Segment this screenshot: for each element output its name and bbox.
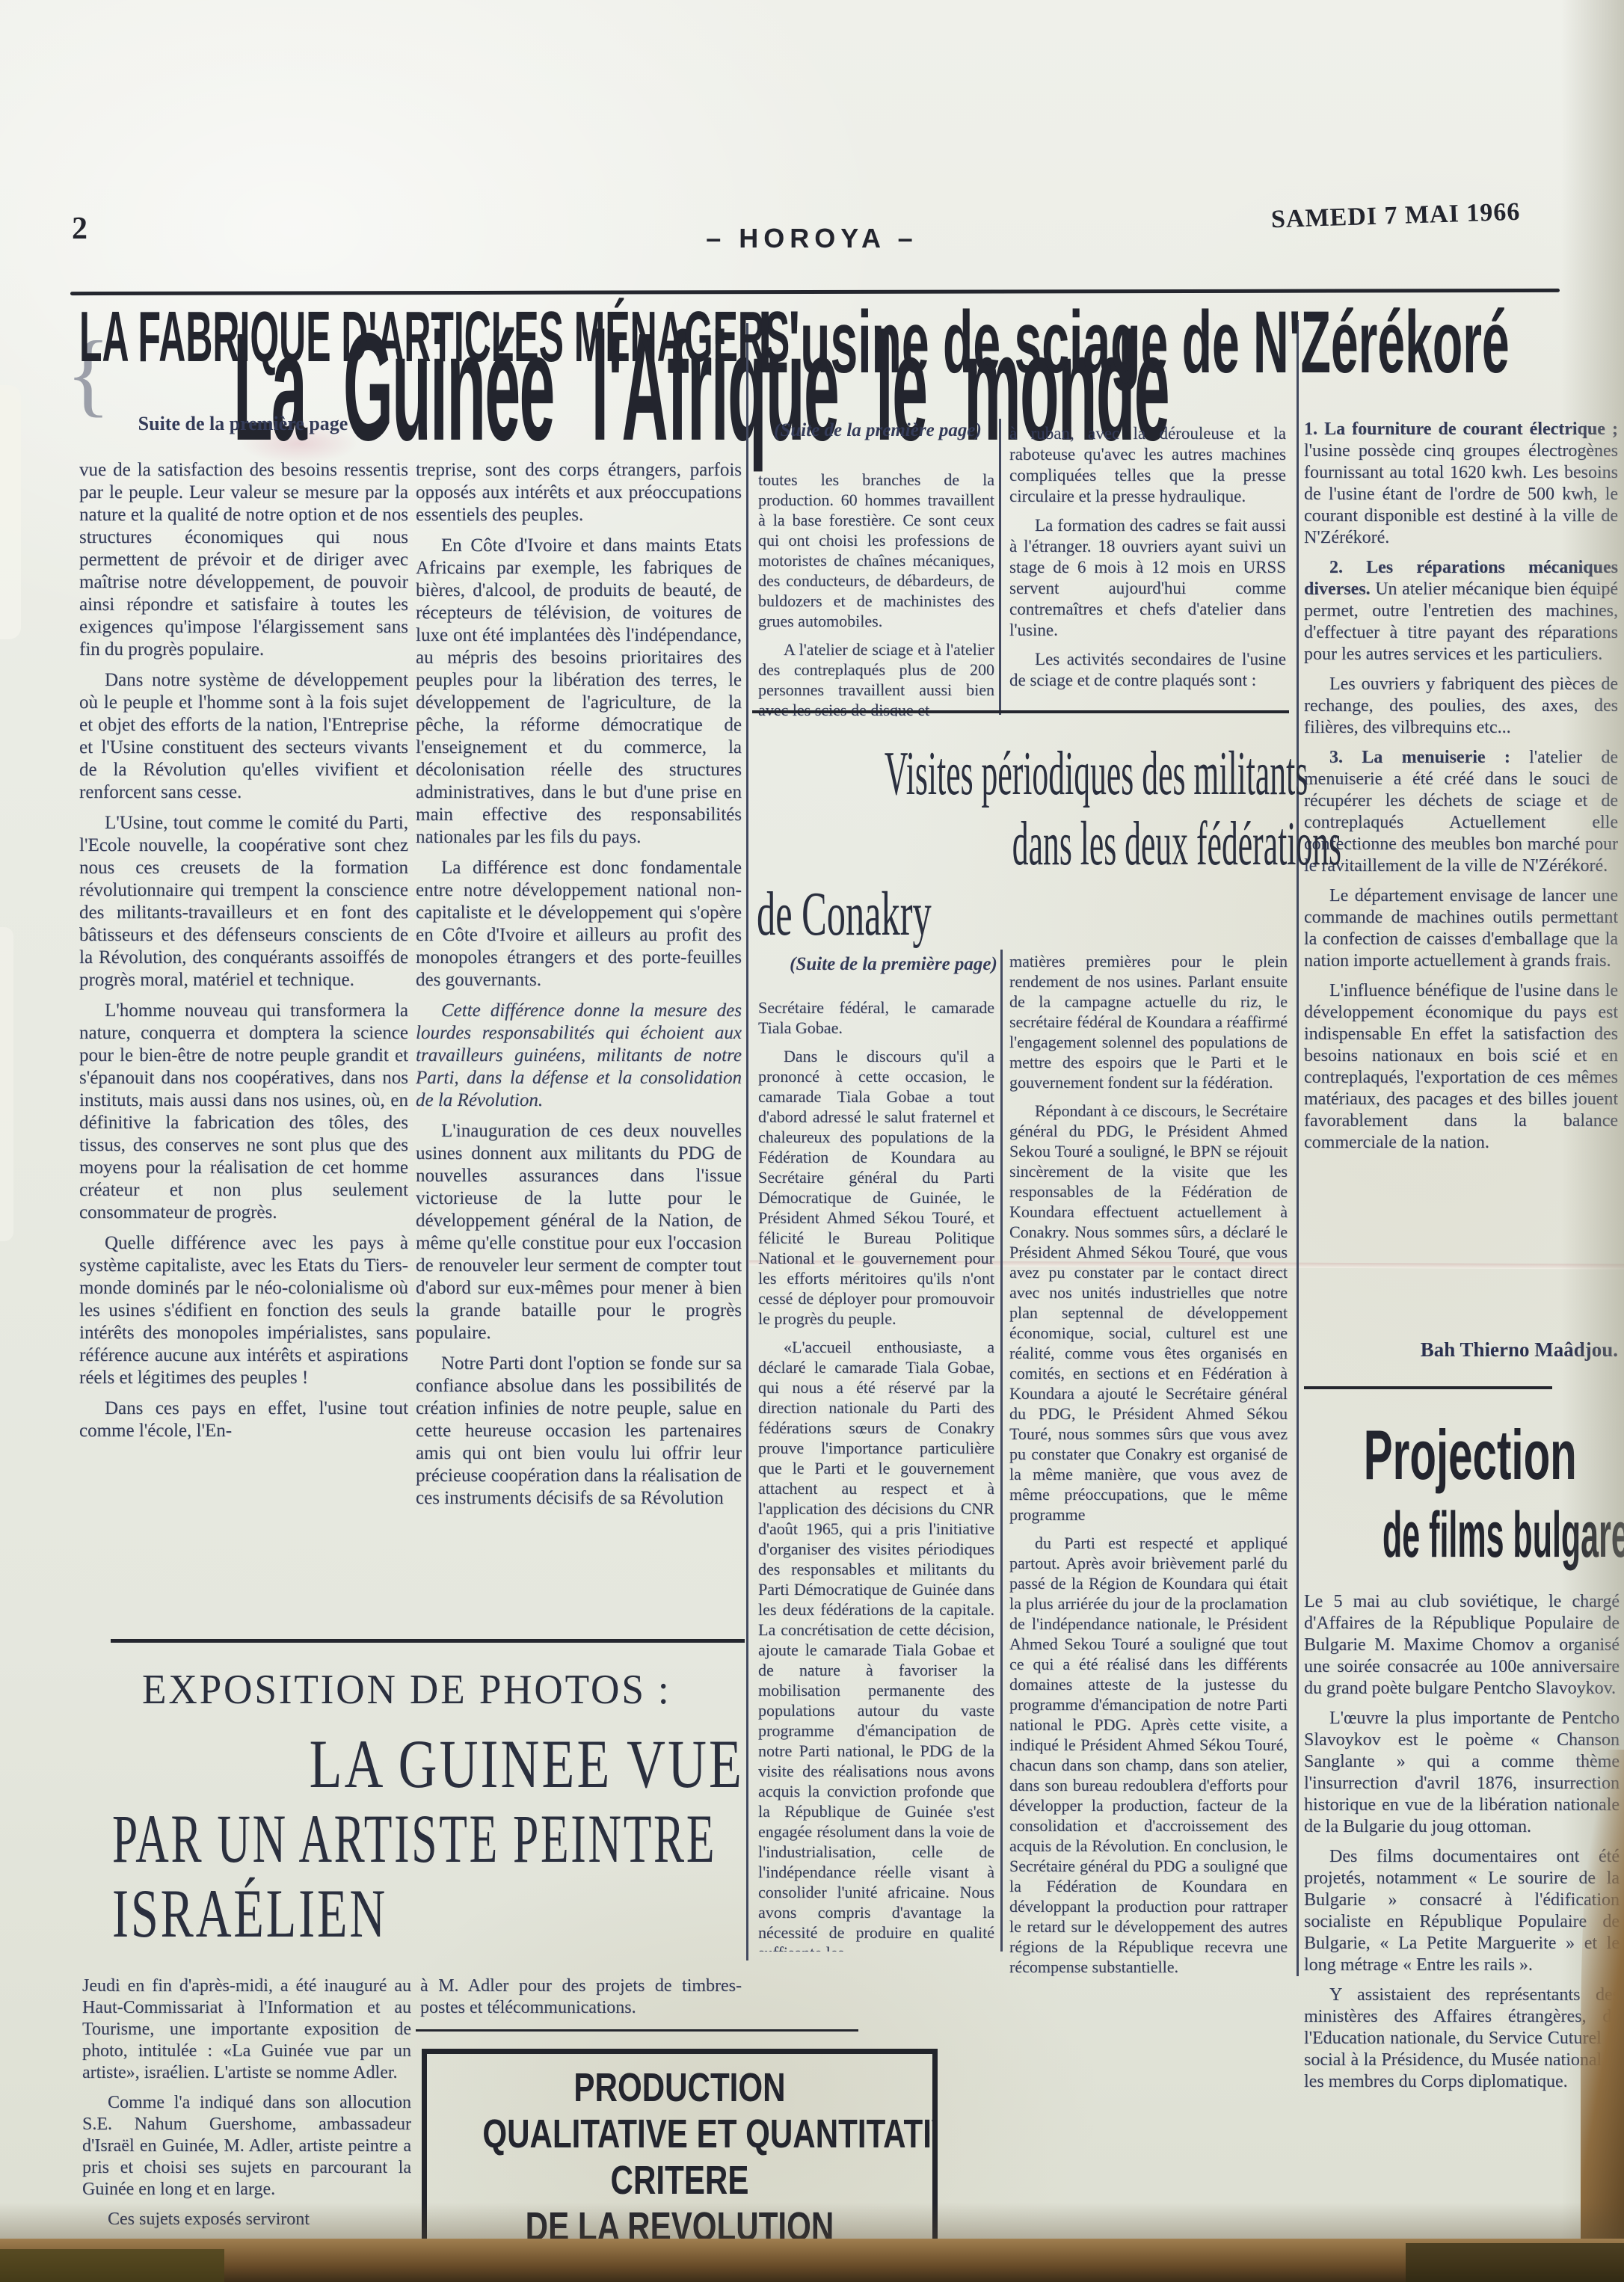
table-corner [0, 2249, 224, 2282]
article-title-line: Projection [1364, 1415, 1558, 1495]
masthead: – HOROYA – [648, 223, 976, 254]
article-subtitle: Suite de la première page [97, 413, 389, 435]
byline-rule [1304, 1386, 1552, 1389]
article-title-line: ISRAÉLIEN [112, 1874, 567, 1953]
paragraph: En Côte d'Ivoire et dans maints Etats Af… [416, 535, 742, 849]
article-title: L'usine de sciage de N'Zérékoré [758, 292, 1510, 393]
article-column: à ruban, avec la dérouleuse et la rabote… [1009, 423, 1286, 716]
column-rule [1000, 950, 1003, 1952]
slogan-line: QUALITATIVE ET QUANTITATIVE [482, 2111, 876, 2157]
article-subtitle: (Suite de la première page) [758, 420, 997, 441]
newspaper-page: 2 – HOROYA – SAMEDI 7 MAI 1966 { La Guin… [0, 0, 1624, 2282]
paragraph: Cette différence donne la mesure des lou… [416, 1000, 742, 1112]
paragraph: Les activités secondaires de l'usine de … [1009, 649, 1286, 691]
paragraph: L'inauguration de ces deux nouvelles usi… [416, 1120, 742, 1344]
section-rule [752, 710, 1289, 713]
article-title-line: PAR UN ARTISTE PEINTRE [112, 1799, 535, 1878]
article-column: matières premières pour le plein rendeme… [1009, 951, 1288, 2279]
paragraph: du Parti est respecté et appliqué partou… [1009, 1533, 1288, 1977]
table-corner [1406, 2243, 1624, 2282]
article-kicker: EXPOSITION DE PHOTOS : [142, 1666, 671, 1714]
slogan-line: PRODUCTION [482, 2064, 876, 2111]
article-column: vue de la satisfaction des besoins resse… [79, 459, 408, 1655]
column-rule [999, 419, 1001, 715]
section-rule [416, 2029, 858, 2032]
paragraph: Comme l'a indiqué dans son allocution S.… [82, 2092, 411, 2200]
paragraph: à ruban, avec la dérouleuse et la rabote… [1009, 423, 1286, 507]
article-column: treprise, sont des corps étrangers, parf… [416, 459, 742, 1734]
date-line: SAMEDI 7 MAI 1966 [1270, 198, 1520, 234]
table-edge [0, 2239, 1624, 2282]
paragraph: L'Usine, tout comme le comité du Parti, … [79, 812, 408, 991]
paragraph: «L'accueil enthousiaste, a déclaré le ca… [758, 1337, 994, 1952]
paragraph: L'homme nouveau qui transformera la natu… [79, 1000, 408, 1224]
article-column: Secrétaire fédéral, le camarade Tiala Go… [758, 997, 994, 1952]
paragraph-lead: 3. La menuiserie : [1329, 748, 1529, 767]
article-title-line: Visites périodiques des militants [885, 737, 1161, 810]
paragraph: Répondant à ce discours, le Secrétaire g… [1009, 1101, 1288, 1525]
paragraph: matières premières pour le plein rendeme… [1009, 951, 1288, 1092]
paragraph: Notre Parti dont l'option se fonde sur s… [416, 1353, 742, 1510]
paragraph: Dans notre système de développement où l… [79, 669, 408, 804]
page-number: 2 [72, 211, 87, 247]
paragraph: Jeudi en fin d'après-midi, a été inaugur… [82, 1975, 411, 2084]
paragraph: à M. Adler pour des projets de timbres-p… [420, 1975, 742, 2019]
paragraph: A l'atelier de sciage et à l'atelier des… [758, 639, 994, 716]
article-subtitle: (Suite de la première page) [770, 954, 1017, 975]
paragraph: Dans le discours qu'il a prononcé à cett… [758, 1046, 994, 1329]
paragraph: toutes les branches de la production. 60… [758, 470, 994, 631]
torn-edge [0, 927, 13, 1241]
column-rule [1297, 320, 1299, 1976]
article-title-line: de films bulgares [1382, 1498, 1540, 1572]
paragraph: treprise, sont des corps étrangers, parf… [416, 459, 742, 526]
article-title-line: LA GUINEE VUE [251, 1724, 744, 1803]
column-rule [746, 323, 748, 1960]
paragraph: La différence est donc fondamentale entr… [416, 857, 742, 991]
table-shadow [0, 2203, 1624, 2240]
slogan-line: CRITERE [482, 2157, 876, 2203]
article-title: LA FABRIQUE D'ARTICLES MÉNAGERS [79, 296, 790, 378]
paragraph: Dans ces pays en effet, l'usine tout com… [79, 1397, 408, 1442]
paragraph: vue de la satisfaction des besoins resse… [79, 459, 408, 661]
paragraph: Quelle différence avec les pays à systèm… [79, 1232, 408, 1389]
article-title-line: de Conakry [757, 878, 1076, 950]
torn-edge [0, 385, 21, 639]
paragraph: Secrétaire fédéral, le camarade Tiala Go… [758, 997, 994, 1038]
article-column: toutes les branches de la production. 60… [758, 470, 994, 716]
article-title-line: dans les deux fédérations [1012, 808, 1289, 880]
section-rule [111, 1639, 745, 1643]
paragraph: La formation des cadres se fait aussi à … [1009, 515, 1286, 641]
